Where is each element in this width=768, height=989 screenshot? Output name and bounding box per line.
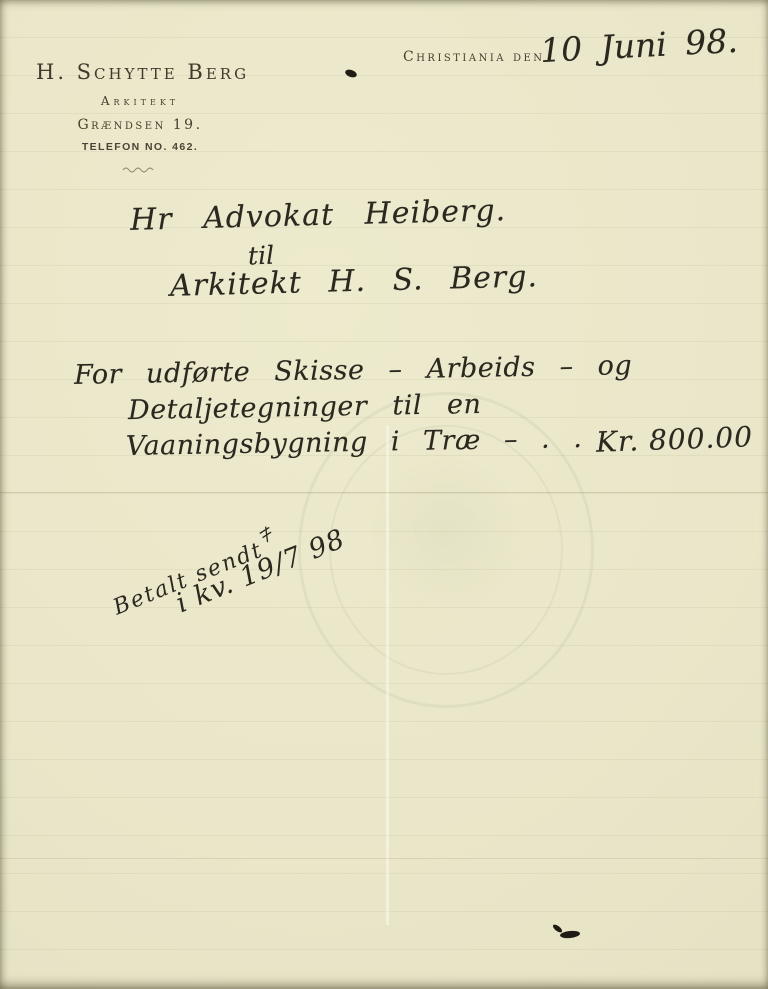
handwritten-date: 10 Juni 98. [539,21,739,70]
amount-value: Kr. 800.00 [595,420,753,458]
horizontal-crease-line [0,858,768,859]
vertical-fold-line [386,425,389,925]
letterhead-phone: TELEFON NO. 462. [36,141,244,153]
letterhead-title: Arkitekt [36,94,244,108]
squiggle-ornament-icon [36,159,244,178]
ink-blot [552,926,582,942]
dateline-printed: Christiania den [403,49,545,65]
letterhead-name: H. Schytte Berg [36,60,244,84]
recipient-line-1: Hr Advokat Heiberg. [130,193,507,238]
letterhead: H. Schytte Berg Arkitekt Grændsen 19. TE… [36,60,244,178]
letterhead-address: Grændsen 19. [36,117,244,133]
horizontal-crease-line [0,492,768,493]
ink-blot [344,68,358,79]
body-line-2: Detaljetegninger til en [128,389,482,426]
letter-page: H. Schytte Berg Arkitekt Grændsen 19. TE… [0,0,768,989]
body-line-1: For udførte Skisse – Arbeids – og [74,350,633,391]
stamp-inner-ornament [371,455,521,625]
recipient-line-3: Arkitekt H. S. Berg. [170,259,539,304]
ink-blot-body [560,930,581,939]
